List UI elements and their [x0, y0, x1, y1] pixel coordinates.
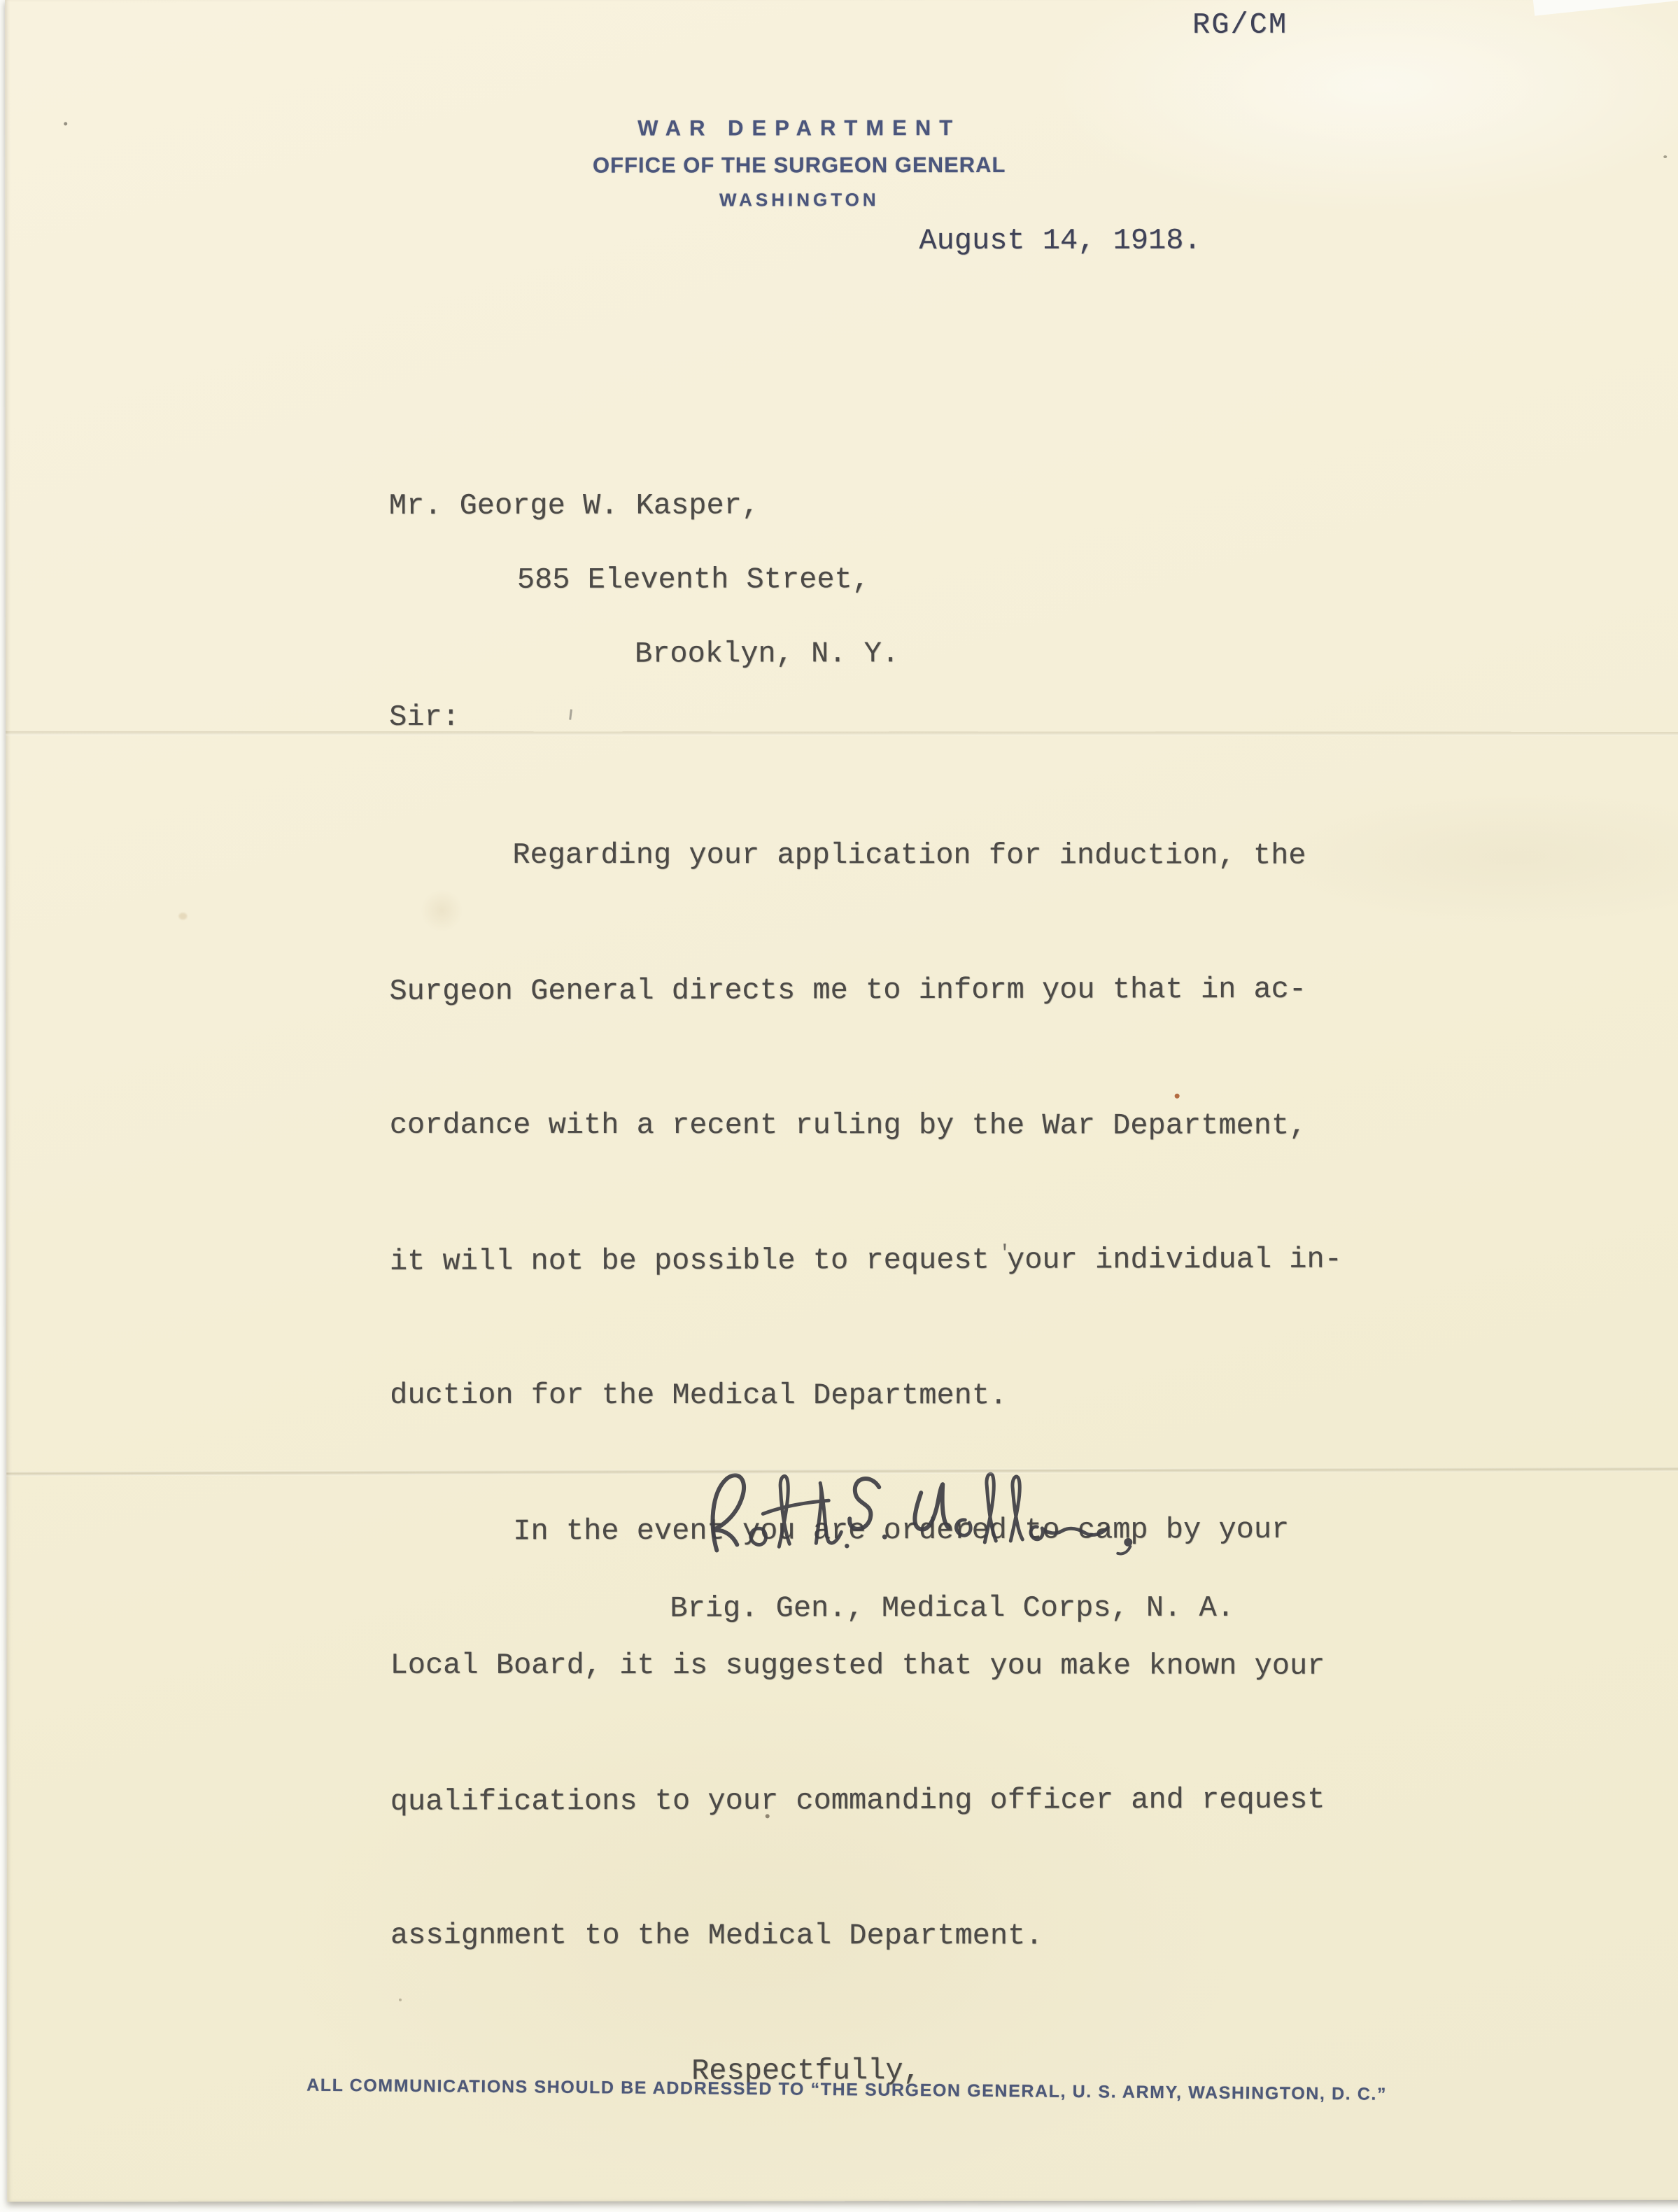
scanner-background-sliver — [1532, 0, 1678, 16]
signature-handwriting: Robt. E. Noble. — [696, 1465, 1178, 1574]
body-line: Surgeon General directs me to inform you… — [389, 973, 1341, 1046]
letterhead: WAR DEPARTMENT OFFICE OF THE SURGEON GEN… — [484, 115, 1114, 211]
paper-stain — [178, 913, 187, 920]
salutation: Sir: — [389, 701, 460, 733]
body-line: qualifications to your commanding office… — [390, 1784, 1343, 1857]
letterhead-city: WASHINGTON — [484, 189, 1114, 211]
body-line: cordance with a recent ruling by the War… — [390, 1109, 1342, 1181]
recipient-name: Mr. George W. Kasper, — [389, 489, 759, 522]
signature-title: Brig. Gen., Medical Corps, N. A. — [670, 1592, 1234, 1625]
body-line: Regarding your application for induction… — [389, 839, 1341, 910]
recipient-street: 585 Eleventh Street, — [517, 563, 870, 596]
fold-crease-upper — [6, 731, 1678, 736]
stray-ink-tick — [569, 710, 572, 720]
letterhead-office: OFFICE OF THE SURGEON GENERAL — [484, 153, 1114, 178]
letter-date: August 14, 1918. — [919, 225, 1201, 257]
body-line: Local Board, it is suggested that you ma… — [390, 1649, 1342, 1721]
body-line: it will not be possible to request your … — [390, 1244, 1342, 1316]
paper-speck — [64, 122, 67, 125]
body-line: duction for the Medical Department. — [390, 1379, 1342, 1451]
stray-ink-mark: ′ — [999, 1242, 1011, 1266]
paper-speck — [1663, 155, 1667, 158]
reference-code: RG/CM — [1192, 9, 1288, 41]
letter-sheet: RG/CM WAR DEPARTMENT OFFICE OF THE SURGE… — [5, 0, 1678, 2202]
recipient-city: Brooklyn, N. Y. — [635, 637, 899, 670]
letterhead-department: WAR DEPARTMENT — [484, 115, 1114, 141]
body-line: assignment to the Medical Department. — [390, 1919, 1343, 1991]
